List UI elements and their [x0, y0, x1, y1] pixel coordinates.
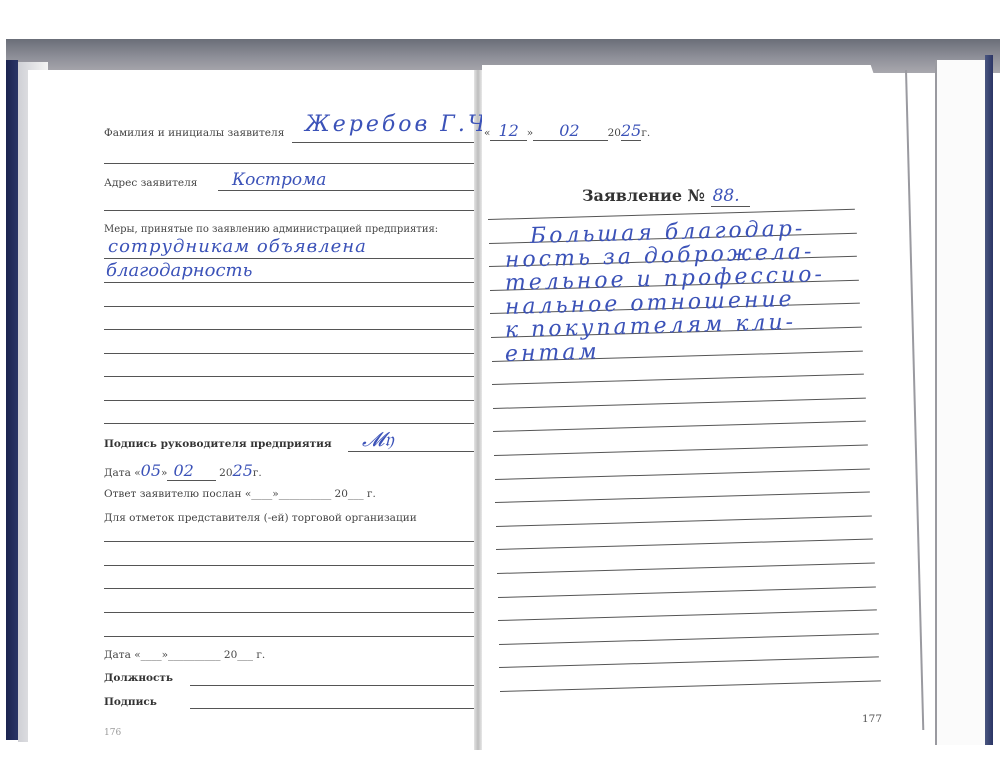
left-page-number: 176 [104, 728, 121, 738]
ruled-line [104, 588, 474, 589]
decision-date: Дата «05»02 2025г. [104, 461, 262, 480]
reply-sent-label: Ответ заявителю послан «____»__________ … [104, 488, 376, 500]
measures-label: Меры, принятые по заявлению администраци… [104, 224, 438, 235]
ruled-line [104, 329, 474, 330]
page-stack-right [935, 60, 988, 745]
submission-date: «12»022025г. [484, 121, 650, 140]
scanned-logbook-spread: Фамилия и инициалы заявителя Жеребов Г.Ч… [0, 0, 1000, 773]
ruled-line [104, 400, 474, 401]
application-title-label: Заявление № [582, 186, 705, 205]
date-day: 05 [141, 461, 161, 480]
application-title: Заявление № 88. [582, 186, 750, 206]
applicant-name-value: Жеребов Г.Ч [305, 112, 488, 137]
ruled-line [104, 210, 474, 211]
book-cover-right [985, 55, 993, 745]
ruled-line [104, 565, 474, 566]
applicant-address-label: Адрес заявителя [104, 177, 197, 189]
measures-line-1: сотрудникам объявлена [108, 236, 367, 257]
date2-label: Дата «____»__________ 20___ г. [104, 649, 265, 661]
ruled-line [104, 353, 474, 354]
submission-date-year-unit: г. [641, 127, 650, 139]
applicant-address-value: Кострома [232, 170, 326, 190]
signature-line [190, 708, 474, 709]
date-year-unit: г. [253, 467, 262, 479]
book-spine [474, 70, 482, 750]
book-cover-left [6, 60, 18, 740]
applicant-address-line [218, 190, 474, 191]
date-year-suffix: 25 [233, 461, 253, 480]
head-signature-value: 𝓜𝔶 [362, 427, 394, 451]
applicant-name-label: Фамилия и инициалы заявителя [104, 127, 284, 139]
submission-date-month: 02 [533, 121, 607, 141]
date-year-prefix: 20 [219, 467, 232, 479]
signature-label: Подпись [104, 696, 157, 708]
head-signature-label: Подпись руководителя предприятия [104, 438, 332, 450]
ruled-line [104, 282, 474, 283]
ruled-line [104, 612, 474, 613]
ruled-line [104, 258, 474, 259]
measures-line-2: благодарность [106, 260, 252, 281]
rep-notes-label: Для отметок представителя (-ей) торговой… [104, 512, 417, 524]
ruled-line [104, 636, 474, 637]
ruled-line [104, 163, 474, 164]
position-label: Должность [104, 672, 173, 684]
submission-date-day: 12 [490, 121, 526, 141]
ruled-line [104, 541, 474, 542]
date-label: Дата [104, 467, 131, 479]
right-page-number: 177 [862, 713, 882, 725]
applicant-name-line [292, 142, 474, 143]
ruled-line [104, 376, 474, 377]
submission-date-year-suffix: 25 [621, 121, 641, 141]
ruled-line [104, 423, 474, 424]
application-body-line: ентам [505, 339, 600, 367]
date-month: 02 [167, 461, 215, 481]
head-signature-line [348, 451, 474, 452]
submission-date-year-prefix: 20 [608, 127, 621, 139]
ruled-line [104, 306, 474, 307]
application-number: 88. [711, 186, 750, 207]
position-line [190, 685, 474, 686]
